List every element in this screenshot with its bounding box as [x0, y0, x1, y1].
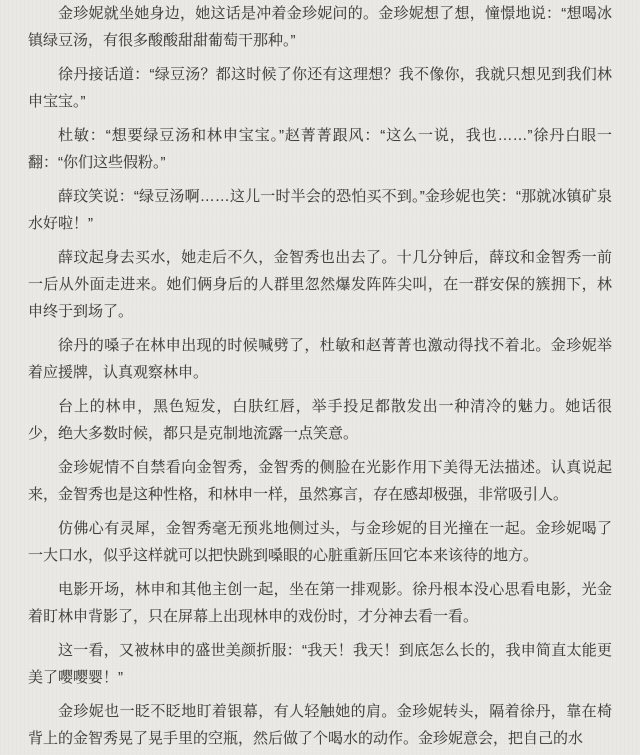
paragraph: 薛玟笑说：“绿豆汤啊……这儿一时半会的恐怕买不到。”金珍妮也笑：“那就冰镇矿泉水… — [28, 183, 612, 237]
paragraph: 徐丹接话道：“绿豆汤？都这时候了你还有这理想？我不像你，我就只想见到我们林申宝宝… — [28, 61, 612, 115]
paragraph: 台上的林申，黑色短发，白肤红唇，举手投足都散发出一种清冷的魅力。她话很少，绝大多… — [28, 393, 612, 447]
paragraph: 电影开场，林申和其他主创一起，坐在第一排观影。徐丹根本没心思看电影，光金着盯林申… — [28, 576, 612, 630]
paragraph: 仿佛心有灵犀，金智秀毫无预兆地侧过头，与金珍妮的目光撞在一起。金珍妮喝了一大口水… — [28, 515, 612, 569]
paragraph: 薛玟起身去买水，她走后不久，金智秀也出去了。十几分钟后，薛玟和金智秀一前一后从外… — [28, 244, 612, 325]
paragraph: 这一看，又被林申的盛世美颜折服：“我天！我天！到底怎么长的，我申简直太能更美了嘤… — [28, 637, 612, 691]
paragraph: 金珍妮就坐她身边，她这话是冲着金珍妮问的。金珍妮想了想，憧憬地说：“想喝冰镇绿豆… — [28, 0, 612, 54]
paragraph: 金珍妮也一眨不眨地盯着银幕，有人轻触她的肩。金珍妮转头，隔着徐丹，靠在椅背上的金… — [28, 698, 612, 752]
paragraph: 金珍妮情不自禁看向金智秀，金智秀的侧脸在光影作用下美得无法描述。认真说起来，金智… — [28, 454, 612, 508]
reader-page: 金珍妮就坐她身边，她这话是冲着金珍妮问的。金珍妮想了想，憧憬地说：“想喝冰镇绿豆… — [0, 0, 640, 755]
paragraph: 杜敏：“想要绿豆汤和林申宝宝。”赵菁菁跟风：“这么一说，我也……”徐丹白眼一翻：… — [28, 122, 612, 176]
paragraph: 徐丹的嗓子在林申出现的时候喊劈了，杜敏和赵菁菁也激动得找不着北。金珍妮举着应援牌… — [28, 332, 612, 386]
